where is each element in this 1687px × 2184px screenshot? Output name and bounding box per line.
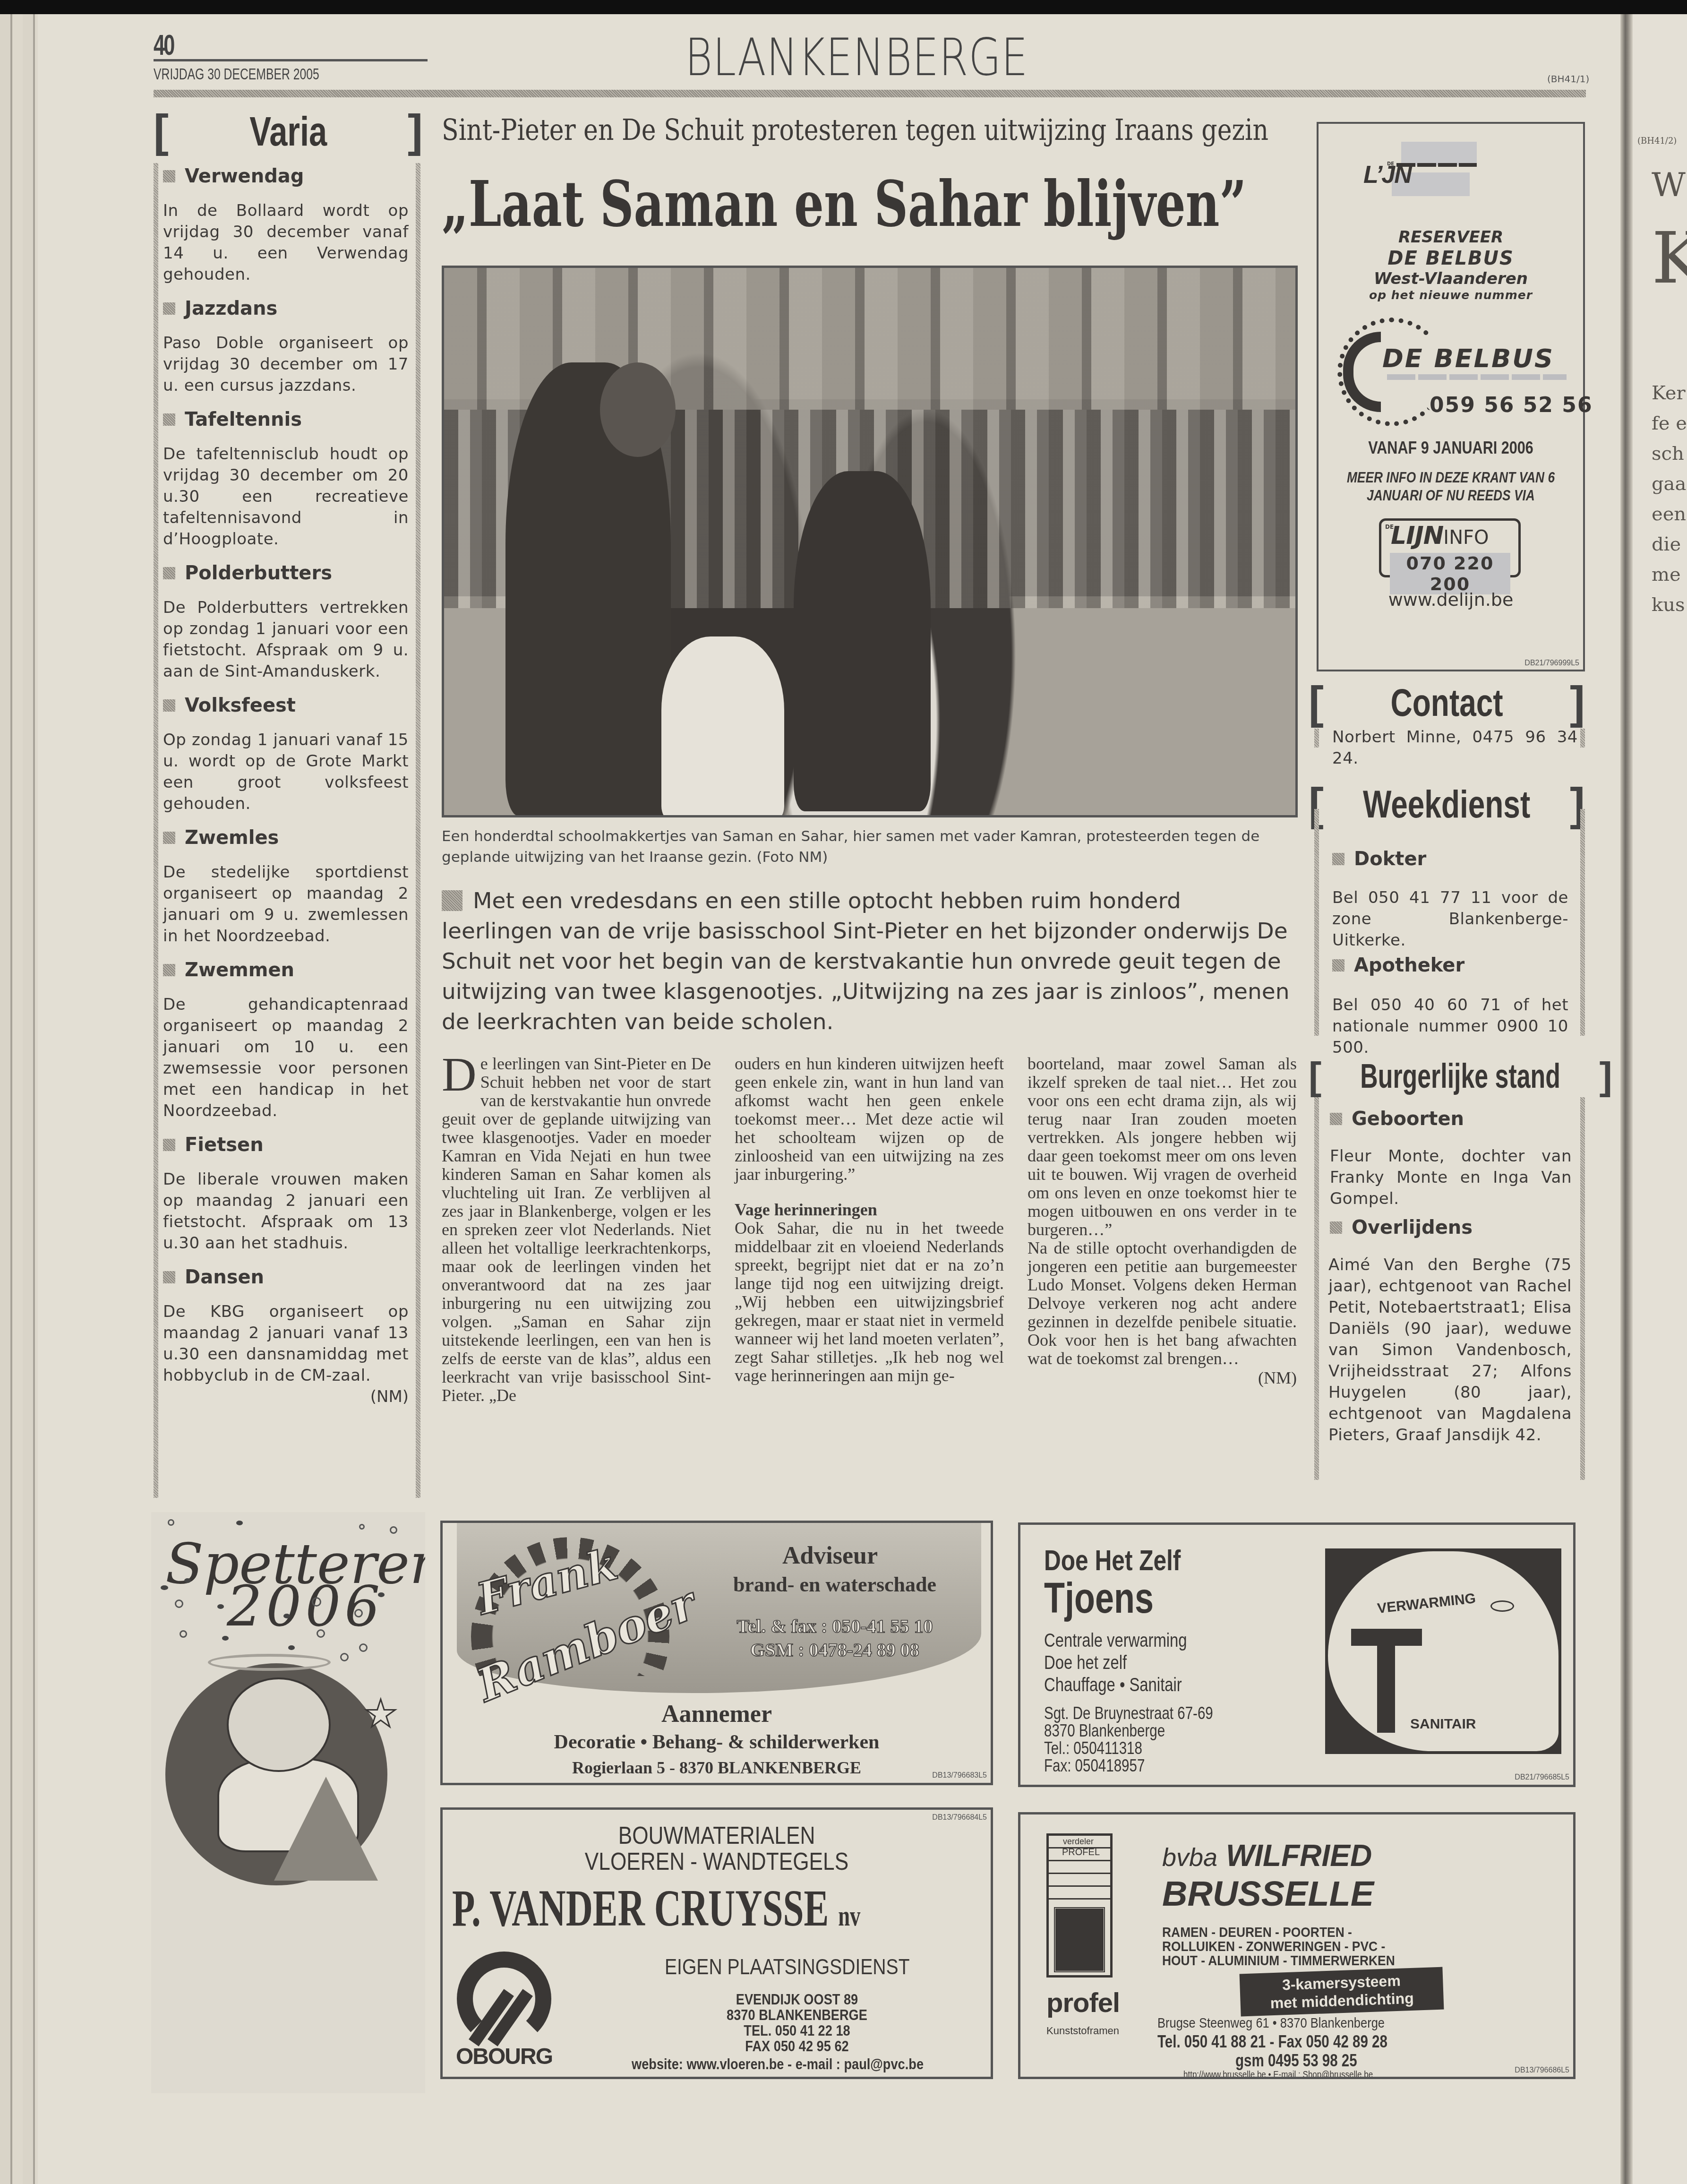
article-subhead: Vage herinneringen xyxy=(735,1201,1004,1219)
varia-item-body: De Polderbutters vertrekken op zondag 1 … xyxy=(163,597,409,682)
bubble-icon xyxy=(354,1609,363,1617)
lijninfo-name: LIJN xyxy=(1391,522,1443,550)
address-line: FAX 050 42 95 62 xyxy=(713,2038,882,2054)
bullet-square-icon xyxy=(1330,1113,1342,1125)
dot-icon xyxy=(283,1614,290,1618)
body-text: ouders en hun kinderen uitwijzen heeft g… xyxy=(735,1055,1004,1184)
ad-brand-name: Tjoens xyxy=(1044,1574,1154,1623)
bullet-square-icon xyxy=(163,170,175,182)
bullet-square-icon xyxy=(163,964,175,976)
ad-code: DB21/796999L5 xyxy=(1524,659,1579,668)
varia-item-heading: Tafeltennis xyxy=(163,409,409,430)
ad-address: EVENDIJK OOST 89 8370 BLANKENBERGE TEL. … xyxy=(713,1992,882,2054)
t-letter-stem-icon xyxy=(1377,1629,1395,1733)
belbus-logo: DE BELBUS 059 56 52 56 xyxy=(1337,318,1574,431)
logo-text: L’JN xyxy=(1363,161,1411,189)
varia-item-heading: Fietsen xyxy=(163,1134,409,1156)
brand-name1: WILFRIED xyxy=(1226,1839,1372,1873)
ad-address: Sgt. De Bruynestraat 67-69 8370 Blankenb… xyxy=(1044,1704,1213,1774)
weekdienst-item-heading: Apotheker xyxy=(1332,954,1464,976)
contact-title: Contact xyxy=(1390,684,1503,722)
heading-text: Tafeltennis xyxy=(185,409,302,430)
scan-top-edge xyxy=(0,0,1687,14)
article-body: De leerlingen van Sint-Pieter en De Schu… xyxy=(442,1055,1298,1405)
ad-line: West-Vlaanderen xyxy=(1319,269,1583,288)
bullet-square-icon xyxy=(163,302,175,315)
burgerlijke-bar-left xyxy=(1314,1097,1319,1480)
brand-prefix: bvba xyxy=(1162,1843,1217,1872)
ad-role: Aannemer xyxy=(443,1700,991,1728)
page-number: 40 xyxy=(154,28,174,62)
ad-brand-line2: BRUSSELLE xyxy=(1162,1874,1374,1914)
heading-text: Zwemmen xyxy=(185,959,294,981)
varia-item: Dansen De KBG organiseert op maandag 2 j… xyxy=(163,1266,409,1406)
heading-text: Verwendag xyxy=(185,165,304,187)
dot-icon xyxy=(378,1592,385,1597)
adjacent-word: sch xyxy=(1652,443,1684,464)
adjacent-page-code: (BH41/2) xyxy=(1637,136,1677,146)
bubble-icon xyxy=(312,1597,321,1607)
weekdienst-title: Weekdienst xyxy=(1363,785,1530,824)
address-line: EVENDIJK OOST 89 xyxy=(713,1992,882,2007)
service-line: Chauffage • Sanitair xyxy=(1044,1674,1187,1696)
bracket-right: ] xyxy=(1599,1057,1612,1096)
bubble-icon xyxy=(317,1629,325,1638)
varia-item-body: De tafeltennisclub houdt op vrijdag 30 d… xyxy=(163,444,409,550)
bullet-square-icon xyxy=(163,1139,175,1151)
bubble-icon xyxy=(359,1524,365,1530)
heading-text: Polderbutters xyxy=(185,562,332,584)
dot-icon xyxy=(161,1585,168,1590)
bubble-icon xyxy=(390,1526,397,1534)
heading-text: Overlijdens xyxy=(1352,1217,1473,1238)
ad-more-info: MEER INFO IN DEZE KRANT VAN 6 JANUARI OF… xyxy=(1338,469,1563,505)
ad-wilfried-brusselle: verdeler PROFEL profel Kunststoframen bv… xyxy=(1018,1812,1576,2079)
ad-gsm: gsm 0495 53 98 25 xyxy=(1235,2051,1357,2071)
body-text: boorteland, maar zowel Saman als ikzelf … xyxy=(1028,1055,1297,1239)
ad-phone: Tel. & fax : 050-41 55 10 xyxy=(712,1615,958,1637)
lijninfo-logo: DE LIJNINFO 070 220 200 xyxy=(1379,518,1521,577)
obourg-brand: OBOURG xyxy=(456,2044,552,2070)
adjacent-word: fe e xyxy=(1652,413,1687,434)
lijninfo-title: LIJNINFO xyxy=(1391,522,1489,550)
adjacent-page-strip: (BH41/2) W K Ker fe e sch gaa een die me… xyxy=(1633,14,1687,2184)
varia-item-heading: Zwemmen xyxy=(163,959,409,981)
ad-code: DB21/796685L5 xyxy=(1515,1773,1569,1782)
adjacent-word: kus xyxy=(1652,594,1685,616)
ad-web-email[interactable]: website: www.vloeren.be - e-mail : paul@… xyxy=(632,2055,924,2073)
angel-face xyxy=(227,1677,331,1772)
profel-label: verdeler xyxy=(1063,1837,1094,1847)
de-lijn-logo: DE L’JN xyxy=(1363,142,1477,189)
weekdienst-item-body: Bel 050 41 77 11 voor de zone Blankenber… xyxy=(1332,887,1568,951)
varia-item-body: In de Bollaard wordt op vrijdag 30 decem… xyxy=(163,200,409,285)
address-line: Fax: 050418957 xyxy=(1044,1757,1213,1774)
ad-title: Adviseur xyxy=(736,1542,925,1570)
profel-label: PROFEL xyxy=(1062,1847,1100,1858)
varia-header: [ Varia ] xyxy=(154,108,423,155)
varia-item-heading: Dansen xyxy=(163,1266,409,1288)
adjacent-fragment: K xyxy=(1652,217,1687,300)
weekdienst-item-body: Bel 050 40 60 71 of het nationale nummer… xyxy=(1332,995,1568,1058)
bubble-icon xyxy=(340,1653,349,1661)
heading-text: Jazzdans xyxy=(185,298,277,319)
varia-item-body: De liberale vrouwen maken op maandag 2 j… xyxy=(163,1169,409,1254)
body-text: Ook Sahar, die nu in het tweede middelba… xyxy=(735,1219,1004,1385)
ad-title: Doe Het Zelf xyxy=(1044,1544,1181,1577)
flame-icon xyxy=(1490,1600,1514,1612)
ad-address: Brugse Steenweg 61 • 8370 Blankenberge xyxy=(1157,2015,1385,2031)
ad-url[interactable]: www.delijn.be xyxy=(1319,589,1583,610)
ad-vander-cruysse: DB13/796684L5 BOUWMATERIALEN VLOEREN - W… xyxy=(440,1807,993,2079)
photo-figure-father-head xyxy=(600,362,676,457)
ad-products: RAMEN - DEUREN - POORTEN - ROLLUIKEN - Z… xyxy=(1162,1926,1395,1968)
address-line: Sgt. De Bruynestraat 67-69 xyxy=(1044,1704,1213,1722)
address-line: Tel.: 050411318 xyxy=(1044,1739,1213,1757)
varia-item-heading: Jazzdans xyxy=(163,298,409,319)
lead-square-icon xyxy=(442,890,462,911)
contact-bar-right xyxy=(1580,729,1585,748)
ad-de-lijn-belbus: DE L’JN RESERVEER DE BELBUS West-Vlaande… xyxy=(1317,122,1585,671)
brand-name: P. VANDER CRUYSSE xyxy=(452,1879,829,1937)
varia-item: Zwemles De stedelijke sportdienst organi… xyxy=(163,827,409,947)
heading-text: Dokter xyxy=(1354,848,1426,870)
logo-block xyxy=(1401,142,1477,165)
ad-phone: Tel. 050 41 88 21 - Fax 050 42 89 28 xyxy=(1157,2032,1387,2052)
ad-line: DE BELBUS xyxy=(1319,248,1583,269)
burgerlijke-stand-header: [ Burgerlijke stand ] xyxy=(1309,1058,1585,1095)
bracket-left: [ xyxy=(154,109,169,154)
heading-text: Volksfeest xyxy=(185,695,296,716)
contact-bar-left xyxy=(1314,729,1319,748)
burgerlijke-stand-title: Burgerlijke stand xyxy=(1361,1059,1560,1093)
ad-spetterend-2006: Spetterend 2006 ★ xyxy=(151,1512,425,2093)
adjacent-word: een xyxy=(1652,503,1686,525)
bullet-square-icon xyxy=(1332,959,1344,972)
varia-item-body: Op zondag 1 januari vanaf 15 u. wordt op… xyxy=(163,730,409,815)
weekdienst-bar-left xyxy=(1314,809,1319,1036)
window-panes xyxy=(1053,1907,1105,1973)
bubble-icon xyxy=(180,1630,187,1638)
ad-services: Centrale verwarming Doe het zelf Chauffa… xyxy=(1044,1630,1187,1696)
bullet-square-icon xyxy=(163,413,175,426)
masthead-rule xyxy=(154,59,428,61)
ad-gsm: GSM : 0478-24 89 08 xyxy=(712,1639,958,1661)
bullet-square-icon xyxy=(1330,1221,1342,1234)
dot-icon xyxy=(217,1604,224,1609)
bullet-square-icon xyxy=(163,567,175,579)
ad-services: Decoratie • Behang- & schilderwerken xyxy=(443,1731,991,1754)
bracket-right: ] xyxy=(408,109,423,154)
article-column-3: boorteland, maar zowel Saman als ikzelf … xyxy=(1028,1055,1297,1405)
weekdienst-item-heading: Dokter xyxy=(1332,848,1426,870)
issue-date: VRIJDAG 30 DECEMBER 2005 xyxy=(154,65,319,83)
angel-halo-icon xyxy=(208,1654,331,1671)
bubble-icon xyxy=(359,1643,368,1652)
drop-cap: D xyxy=(442,1057,477,1093)
ad-banner: 3-kamersysteem met middendichting xyxy=(1240,1967,1444,2017)
varia-bar-left xyxy=(154,163,158,1498)
ad-brand-name: P. VANDER CRUYSSE nv xyxy=(452,1878,860,1938)
varia-item-heading: Polderbutters xyxy=(163,562,409,584)
ad-service: EIGEN PLAATSINGSDIENST xyxy=(665,1954,910,1979)
photo-figure-girl-small xyxy=(661,636,784,817)
article-column-2: ouders en hun kinderen uitwijzen heeft g… xyxy=(735,1055,1004,1405)
burgerlijke-item-heading: Geboorten xyxy=(1330,1108,1464,1130)
star-icon: ★ xyxy=(364,1692,398,1736)
varia-item-body: Paso Doble organiseert op vrijdag 30 dec… xyxy=(163,333,409,396)
burgerlijke-bar-right xyxy=(1580,1097,1585,1480)
dot-icon xyxy=(184,1578,191,1583)
bullet-square-icon xyxy=(163,832,175,844)
weekdienst-bar-right xyxy=(1580,809,1585,1036)
article-kicker: Sint-Pieter en De Schuit protesteren teg… xyxy=(442,112,1268,147)
lijninfo-number: 070 220 200 xyxy=(1390,553,1510,594)
logo-bottom-text: SANITAIR xyxy=(1410,1716,1476,1732)
burgerlijke-item-body: Aimé Van den Berghe (75 jaar), echtgenoo… xyxy=(1328,1255,1572,1446)
belbus-name: DE BELBUS xyxy=(1382,344,1554,373)
weekdienst-header: [ Weekdienst ] xyxy=(1309,782,1585,827)
tjoens-logo: VERWARMING SANITAIR xyxy=(1325,1548,1561,1754)
profel-sub: Kunststoframen xyxy=(1046,2025,1119,2037)
article-column-1: De leerlingen van Sint-Pieter en De Schu… xyxy=(442,1055,711,1405)
varia-bar-right xyxy=(416,163,420,1498)
belbus-underline xyxy=(1387,374,1567,380)
adjacent-word: die xyxy=(1652,533,1681,555)
dot-icon xyxy=(288,1645,295,1650)
heading-text: Zwemles xyxy=(185,827,279,849)
varia-item: Zwemmen De gehandicaptenraad organiseert… xyxy=(163,959,409,1122)
ad-code: DB13/796684L5 xyxy=(932,1814,987,1822)
ad-tjoens: Doe Het Zelf Tjoens Centrale verwarming … xyxy=(1018,1522,1576,1787)
service-line: Doe het zelf xyxy=(1044,1652,1187,1674)
page-code: (BH41/1) xyxy=(1547,73,1589,85)
varia-item: Verwendag In de Bollaard wordt op vrijda… xyxy=(163,165,409,285)
burgerlijke-item-heading: Overlijdens xyxy=(1330,1217,1473,1238)
ad-web-email[interactable]: http://www.brusselle.be • E-mail : Shop@… xyxy=(1183,2070,1373,2079)
varia-item: Fietsen De liberale vrouwen maken op maa… xyxy=(163,1134,409,1254)
bullet-square-icon xyxy=(1332,853,1344,865)
contact-body: Norbert Minne, 0475 96 34 24. xyxy=(1332,727,1578,769)
address-line: TEL. 050 41 22 18 xyxy=(713,2023,882,2038)
contact-header: [ Contact ] xyxy=(1309,680,1585,725)
masthead-band xyxy=(154,90,1586,97)
dot-icon xyxy=(236,1521,243,1525)
photo-figure-girl xyxy=(794,471,931,811)
article-signature: (NM) xyxy=(1028,1369,1297,1387)
binding-spine xyxy=(1620,14,1633,2184)
article-lead: Met een vredesdans en een stille optocht… xyxy=(442,886,1298,1037)
varia-item: Jazzdans Paso Doble organiseert op vrijd… xyxy=(163,298,409,396)
bracket-right: ] xyxy=(1570,680,1585,726)
address-line: 8370 Blankenberge xyxy=(1044,1722,1213,1739)
ad-subtitle: brand- en waterschade xyxy=(707,1573,962,1597)
bullet-square-icon xyxy=(163,1271,175,1283)
burgerlijke-item-body: Fleur Monte, dochter van Franky Monte en… xyxy=(1330,1146,1572,1210)
varia-item: Volksfeest Op zondag 1 januari vanaf 15 … xyxy=(163,695,409,815)
brand-suffix: nv xyxy=(838,1900,860,1932)
varia-item: Tafeltennis De tafeltennisclub houdt op … xyxy=(163,409,409,550)
varia-title: Varia xyxy=(249,111,327,152)
varia-item-heading: Zwemles xyxy=(163,827,409,849)
bubble-icon xyxy=(175,1599,183,1608)
ad-brand-line1: bvba WILFRIED xyxy=(1162,1838,1372,1873)
varia-list: Verwendag In de Bollaard wordt op vrijda… xyxy=(163,165,409,1419)
ad-line: RESERVEER xyxy=(1319,228,1583,247)
belbus-phone-number: 059 56 52 56 xyxy=(1430,393,1593,417)
varia-item: Polderbutters De Polderbutters vertrekke… xyxy=(163,562,409,682)
adjacent-word: gaa xyxy=(1652,473,1686,495)
adjacent-fragment: W xyxy=(1652,165,1686,204)
heading-text: Geboorten xyxy=(1352,1108,1464,1130)
varia-item-body: De gehandicaptenraad organiseert op maan… xyxy=(163,994,409,1122)
ad-line: op het nieuwe nummer xyxy=(1319,288,1583,302)
heading-text: Apotheker xyxy=(1354,954,1464,976)
ad-address: Rogierlaan 5 - 8370 BLANKENBERGE xyxy=(443,1758,991,1778)
ad-date: VANAF 9 JANUARI 2006 xyxy=(1338,438,1563,458)
ad-frank-ramboer: Frank Ramboer Adviseur brand- en watersc… xyxy=(440,1521,993,1785)
lijninfo-suffix: INFO xyxy=(1443,527,1489,549)
varia-item-heading: Volksfeest xyxy=(163,695,409,716)
lead-text: Met een vredesdans en een stille optocht… xyxy=(442,888,1290,1035)
ad-line: BOUWMATERIALEN xyxy=(484,1822,950,1850)
profel-brand: profel xyxy=(1046,1987,1120,2019)
adjacent-fragment: Ker fe e sch gaa een die me kus xyxy=(1652,378,1687,620)
ad-code: DB13/796686L5 xyxy=(1515,2066,1569,2075)
bracket-left: [ xyxy=(1309,1057,1321,1096)
dot-icon xyxy=(222,1636,229,1641)
service-line: Centrale verwarming xyxy=(1044,1630,1187,1652)
window-frame-icon: verdeler PROFEL xyxy=(1046,1833,1113,1978)
varia-item-body: De KBG organiseert op maandag 2 januari … xyxy=(163,1301,409,1386)
heading-text: Fietsen xyxy=(185,1134,264,1156)
ad-script-line2: 2006 xyxy=(227,1574,384,1639)
adjacent-word: me xyxy=(1652,564,1681,585)
section-title: BLANKENBERGE xyxy=(685,28,1028,87)
article-photo xyxy=(442,266,1298,817)
varia-signature: (NM) xyxy=(163,1387,409,1406)
varia-item-heading: Verwendag xyxy=(163,165,409,187)
bracket-left: [ xyxy=(1309,680,1324,726)
body-text: Na de stille optocht overhandigden de jo… xyxy=(1028,1239,1297,1368)
body-text: e leerlingen van Sint-Pieter en De Schui… xyxy=(442,1054,711,1405)
bullet-square-icon xyxy=(163,699,175,712)
photo-caption: Een honderdtal schoolmakkertjes van Sama… xyxy=(442,826,1298,868)
heading-text: Dansen xyxy=(185,1266,264,1288)
adjacent-word: Ker xyxy=(1652,382,1686,404)
bubble-icon xyxy=(168,1519,174,1526)
article-headline: „Laat Saman en Sahar blijven” xyxy=(442,168,1247,241)
ad-code: DB13/796683L5 xyxy=(932,1771,987,1780)
address-line: 8370 BLANKENBERGE xyxy=(713,2007,882,2023)
ad-line: VLOEREN - WANDTEGELS xyxy=(484,1848,950,1876)
varia-item-body: De stedelijke sportdienst organiseert op… xyxy=(163,862,409,947)
